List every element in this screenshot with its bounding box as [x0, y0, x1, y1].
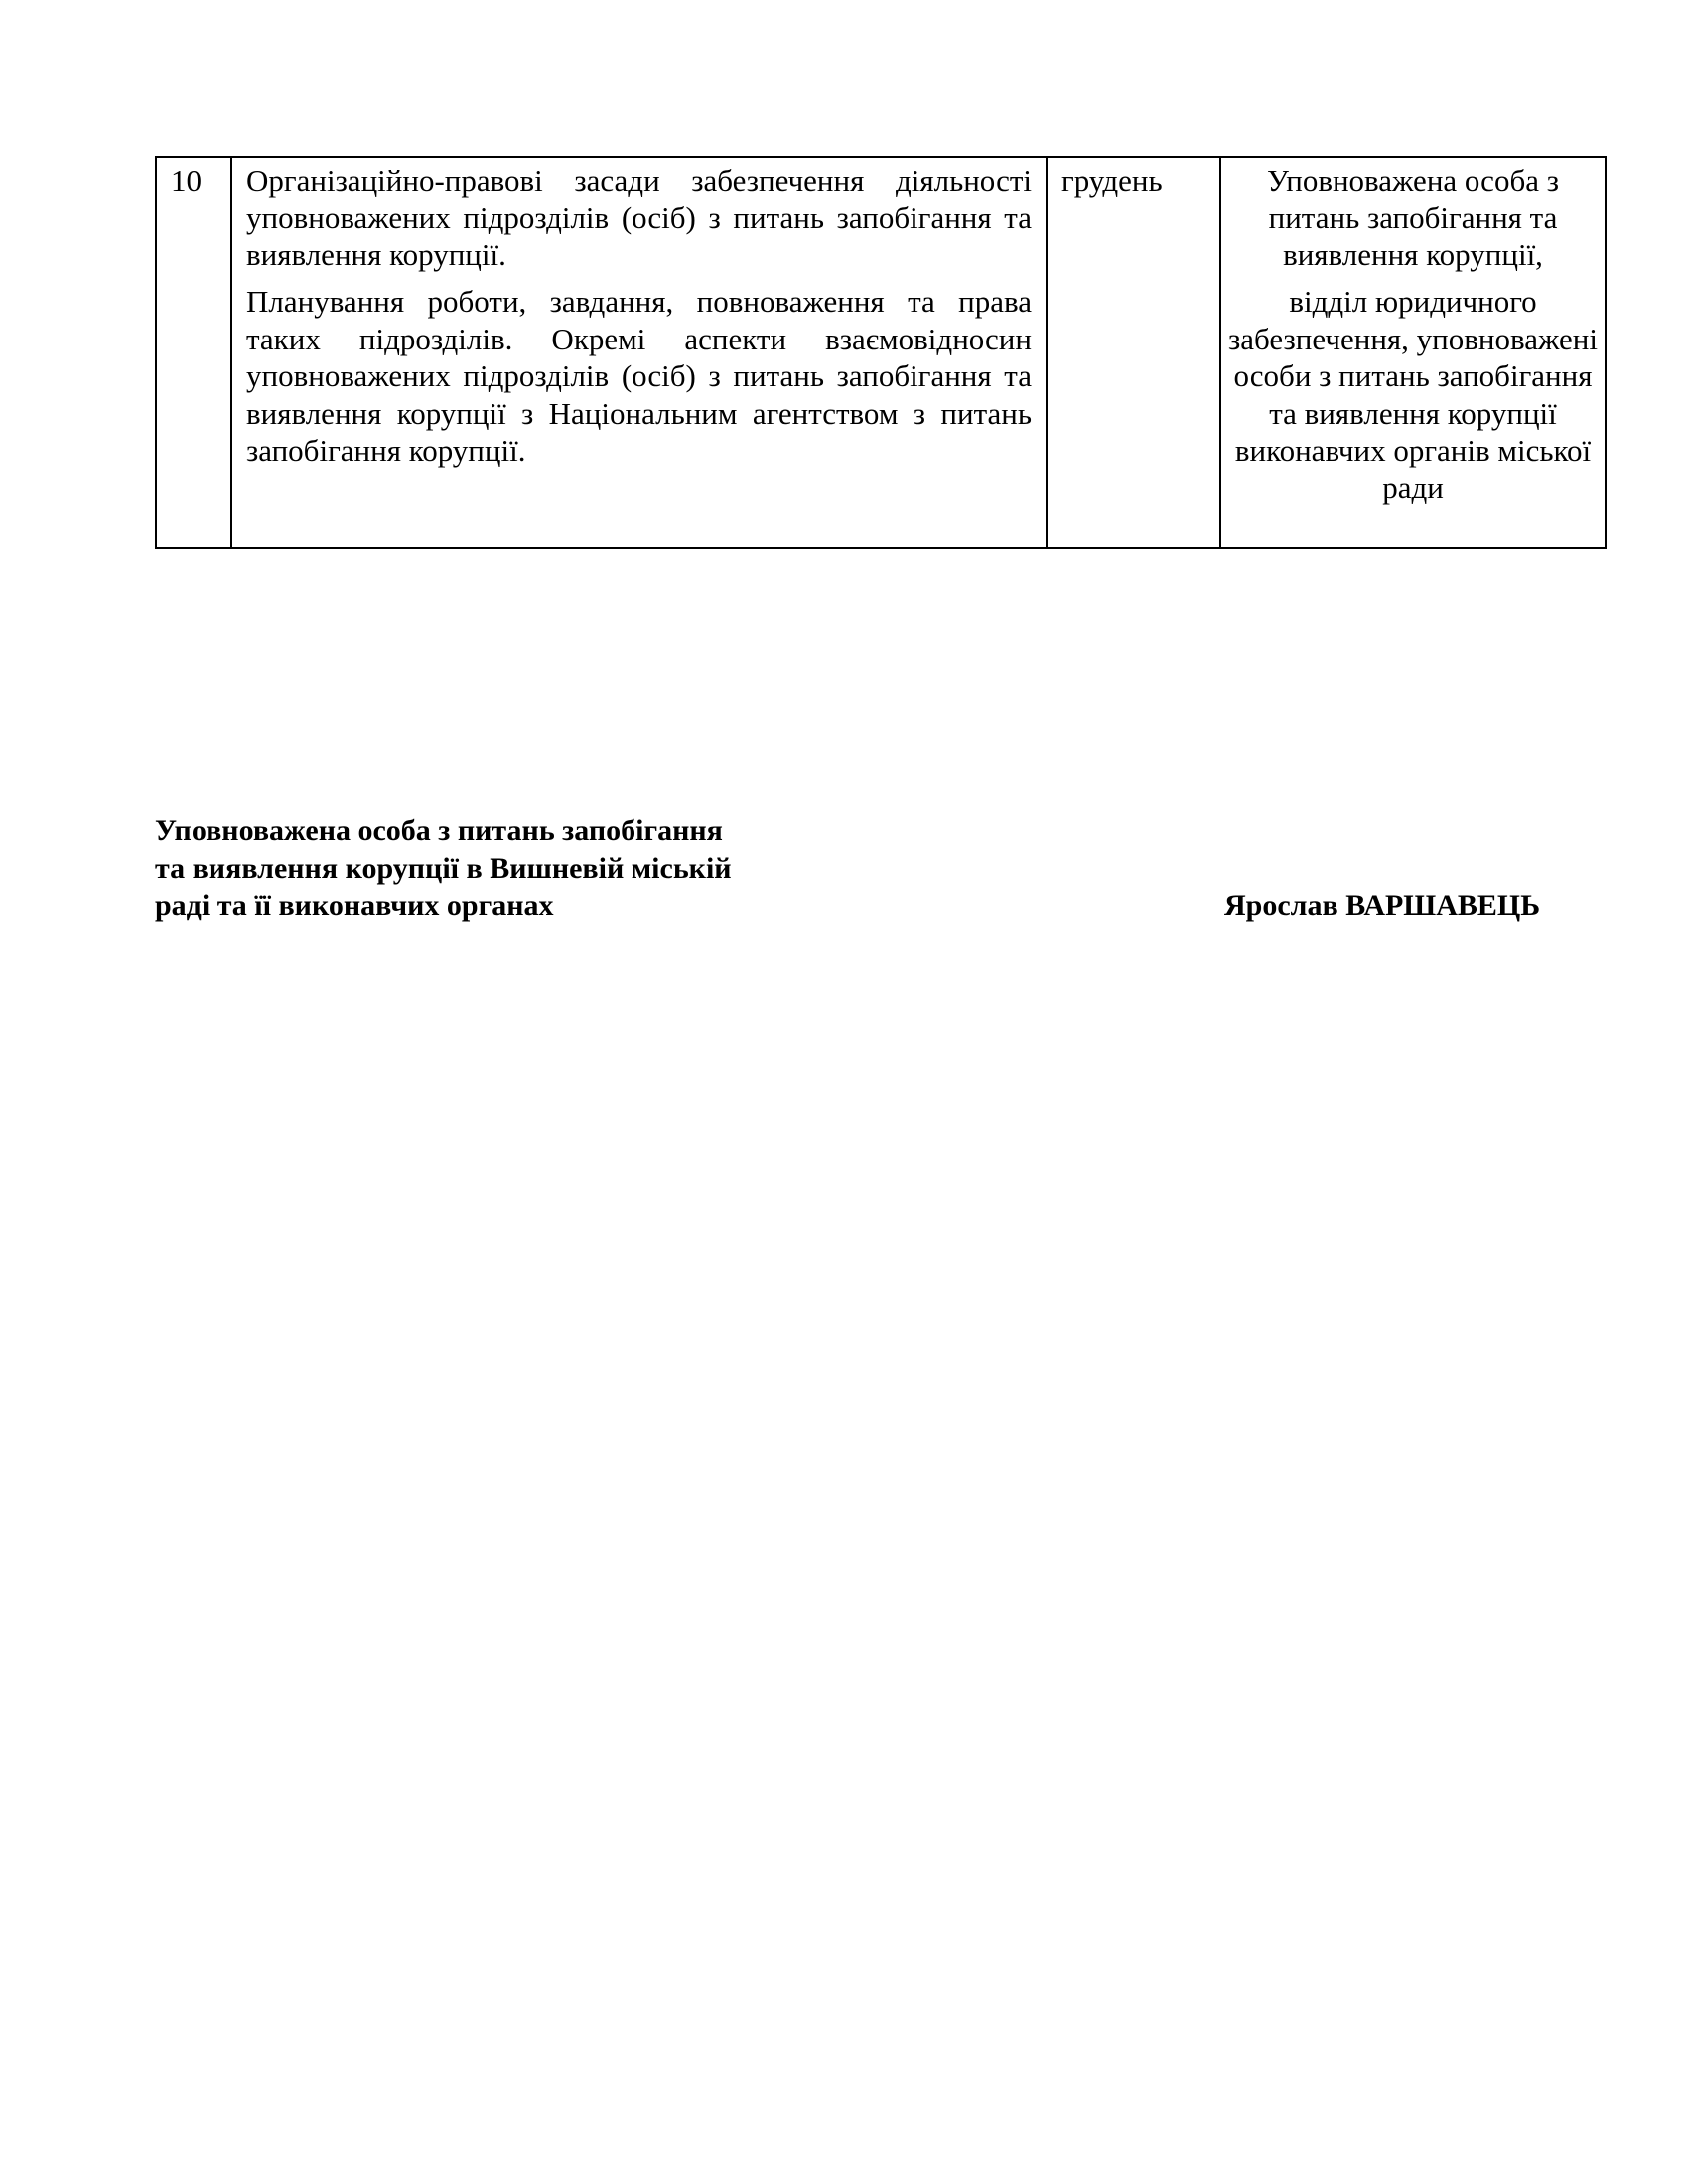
responsible-paragraph-2: відділ юридичного забезпечення, уповнова…: [1227, 283, 1599, 506]
signature-line-3: раді та її виконавчих органах: [155, 887, 732, 925]
plan-table: 10 Організаційно-правові засади забезпеч…: [155, 156, 1607, 549]
signature-line-1: Уповноважена особа з питань запобігання: [155, 812, 732, 850]
month: грудень: [1061, 162, 1163, 200]
row-number-cell: 10: [157, 158, 232, 547]
responsible-cell: Уповноважена особа з питань запобігання …: [1221, 158, 1605, 547]
row-number: 10: [171, 162, 202, 200]
topic-paragraph-2: Планування роботи, завдання, повноваженн…: [246, 283, 1032, 470]
responsible-paragraph-1: Уповноважена особа з питань запобігання …: [1227, 162, 1599, 274]
month-cell: грудень: [1048, 158, 1221, 547]
topic-cell: Організаційно-правові засади забезпеченн…: [232, 158, 1048, 547]
signature-position: Уповноважена особа з питань запобігання …: [155, 812, 732, 925]
signature-line-2: та виявлення корупції в Вишневій міській: [155, 850, 732, 887]
signatory-name: Ярослав ВАРШАВЕЦЬ: [1224, 887, 1540, 925]
topic-paragraph-1: Організаційно-правові засади забезпеченн…: [246, 162, 1032, 274]
